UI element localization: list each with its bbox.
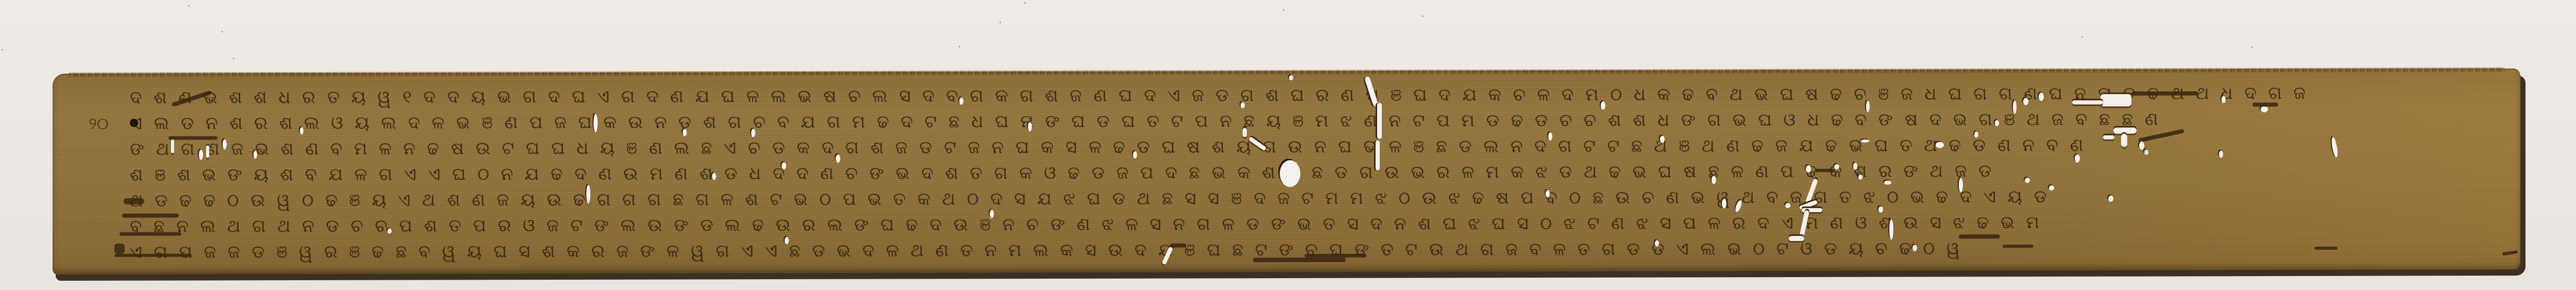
background-speckle	[233, 58, 234, 59]
worm-hole	[836, 155, 840, 163]
worm-hole	[2139, 142, 2144, 150]
worm-damage	[2252, 103, 2278, 107]
worm-damage	[124, 198, 144, 204]
worm-hole	[990, 210, 994, 218]
worm-hole	[2219, 150, 2223, 158]
worm-damage	[122, 214, 179, 218]
worm-hole	[959, 97, 963, 105]
worm-hole	[199, 149, 203, 160]
worm-damage	[120, 232, 181, 235]
worm-hole	[751, 129, 755, 137]
worm-hole	[1861, 140, 1869, 143]
worm-hole	[1660, 135, 1665, 143]
worm-hole	[712, 173, 716, 180]
worm-hole	[1878, 207, 1883, 213]
background-speckle	[2, 49, 3, 50]
worm-damage	[1253, 258, 1346, 262]
worm-damage	[2103, 135, 2114, 140]
background-speckle	[2081, 36, 2083, 38]
worm-hole	[785, 237, 789, 244]
worm-hole	[1655, 240, 1659, 246]
binding-hole	[1280, 160, 1300, 187]
worm-damage	[1959, 234, 2000, 238]
worm-hole	[2025, 178, 2030, 183]
worm-hole	[1866, 101, 1870, 112]
worm-damage	[2131, 91, 2198, 95]
manuscript-text: ଦ ଶ ଣ ଭ ଶ ଶ ଧ ର ତ ୟ ୱ ୧ ଦ ଦ ୟ ଭ ଗ ଦ ଘ ଏ …	[130, 80, 2479, 265]
worm-hole	[1936, 142, 1944, 148]
worm-damage	[2121, 134, 2127, 147]
worm-damage	[114, 253, 192, 257]
worm-hole	[594, 114, 598, 132]
background-speckle	[1024, 2, 1026, 4]
worm-damage	[1815, 169, 1835, 172]
worm-damage	[1171, 243, 1186, 247]
worm-damage	[171, 138, 174, 153]
worm-hole	[1601, 101, 1605, 110]
worm-hole	[1959, 178, 1963, 192]
worm-damage	[206, 145, 209, 158]
worm-hole	[1785, 203, 1790, 208]
worm-damage	[2072, 100, 2103, 105]
background-speckle	[2251, 46, 2253, 48]
background-speckle	[1422, 15, 1423, 17]
leaf-crack	[1376, 141, 1380, 170]
worm-hole	[1912, 245, 1917, 251]
worm-damage	[1243, 128, 1247, 137]
worm-hole	[683, 129, 687, 136]
worm-hole	[1995, 120, 1999, 126]
background-speckle	[959, 46, 960, 47]
background-speckle	[999, 22, 1001, 23]
worm-damage	[2003, 245, 2033, 248]
worm-hole	[387, 229, 392, 234]
worm-hole	[2075, 155, 2080, 163]
worm-hole	[2144, 149, 2148, 155]
worm-hole	[223, 139, 227, 149]
worm-hole	[1858, 175, 1862, 180]
worm-hole	[253, 150, 257, 159]
background-speckle	[188, 5, 190, 7]
folio-number: ୨୦	[89, 114, 109, 134]
worm-hole	[1241, 102, 1245, 108]
background-speckle	[1283, 9, 1284, 11]
worm-hole	[300, 127, 303, 134]
worm-hole	[1834, 164, 1839, 169]
worm-damage	[2100, 94, 2131, 107]
worm-hole	[2261, 106, 2268, 112]
worm-hole	[1889, 219, 1893, 240]
worm-hole	[1711, 176, 1716, 184]
worm-hole	[2013, 100, 2016, 114]
worm-hole	[2222, 96, 2226, 103]
worm-hole	[2039, 93, 2044, 101]
worm-hole	[1884, 181, 1891, 185]
worm-hole	[586, 185, 590, 203]
worm-hole	[1548, 132, 1552, 141]
worm-hole	[2049, 185, 2054, 191]
worm-damage	[1789, 236, 1804, 241]
photograph-scene: ୨୦ ଦ ଶ ଣ ଭ ଶ ଶ ଧ ର ତ ୟ ୱ ୧ ଦ ଦ ୟ ଭ ଗ ଦ ଘ…	[0, 0, 2576, 290]
palm-leaf-folio: ୨୦ ଦ ଶ ଣ ଭ ଶ ଶ ଧ ର ତ ୟ ୱ ୧ ଦ ଦ ୟ ଭ ଗ ଦ ଘ…	[53, 69, 2520, 275]
worm-hole	[1806, 165, 1811, 173]
worm-hole	[2108, 196, 2113, 202]
worm-hole	[1853, 163, 1857, 170]
worm-damage	[114, 244, 125, 254]
worm-hole	[1974, 131, 1978, 138]
worm-hole	[782, 162, 786, 169]
worm-damage	[2113, 128, 2137, 134]
worm-hole	[1546, 190, 1550, 197]
worm-damage	[1304, 254, 1366, 258]
leaf-crack	[1377, 103, 1382, 139]
worm-damage	[168, 136, 217, 140]
worm-hole	[1028, 122, 1032, 131]
worm-hole	[2023, 98, 2028, 105]
worm-hole	[1722, 199, 1726, 208]
worm-hole	[1133, 151, 1137, 159]
background-speckle	[222, 31, 223, 32]
worm-hole	[1289, 75, 1293, 80]
worm-damage	[2314, 247, 2337, 250]
